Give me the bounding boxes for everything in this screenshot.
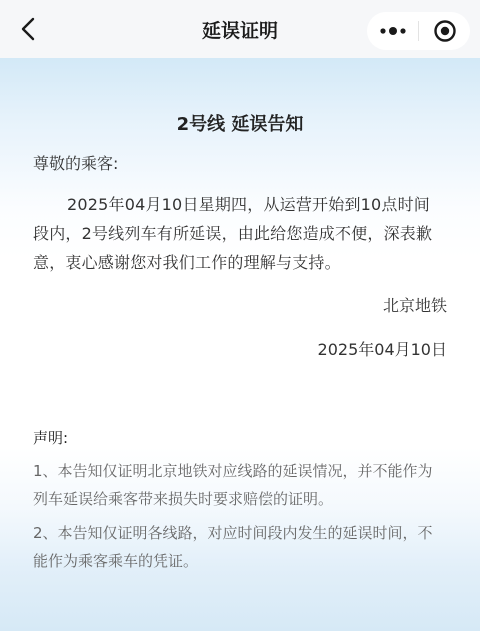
notice-body: 2025年04月10日星期四，从运营开始到10点时间段内，2号线列车有所延误，由… [33, 190, 445, 277]
navbar: 延误证明 [0, 0, 480, 58]
declaration-title: 声明: [33, 427, 68, 448]
target-close-icon [433, 19, 457, 43]
more-button[interactable] [367, 12, 418, 50]
close-button[interactable] [419, 12, 470, 50]
signer: 北京地铁 [383, 293, 447, 316]
notice-content: 2号线 延误告知 尊敬的乘客: 2025年04月10日星期四，从运营开始到10点… [0, 58, 480, 631]
miniprogram-capsule [367, 12, 470, 50]
declaration-item: 1、本告知仅证明北京地铁对应线路的延误情况，并不能作为列车延误给乘客带来损失时要… [33, 457, 445, 513]
sign-date: 2025年04月10日 [318, 337, 447, 360]
more-dots-icon [378, 25, 408, 37]
declaration-item: 2、本告知仅证明各线路，对应时间段内发生的延误时间，不能作为乘客乘车的凭证。 [33, 519, 445, 575]
greeting: 尊敬的乘客: [33, 151, 118, 174]
notice-title: 2号线 延误告知 [0, 110, 480, 136]
